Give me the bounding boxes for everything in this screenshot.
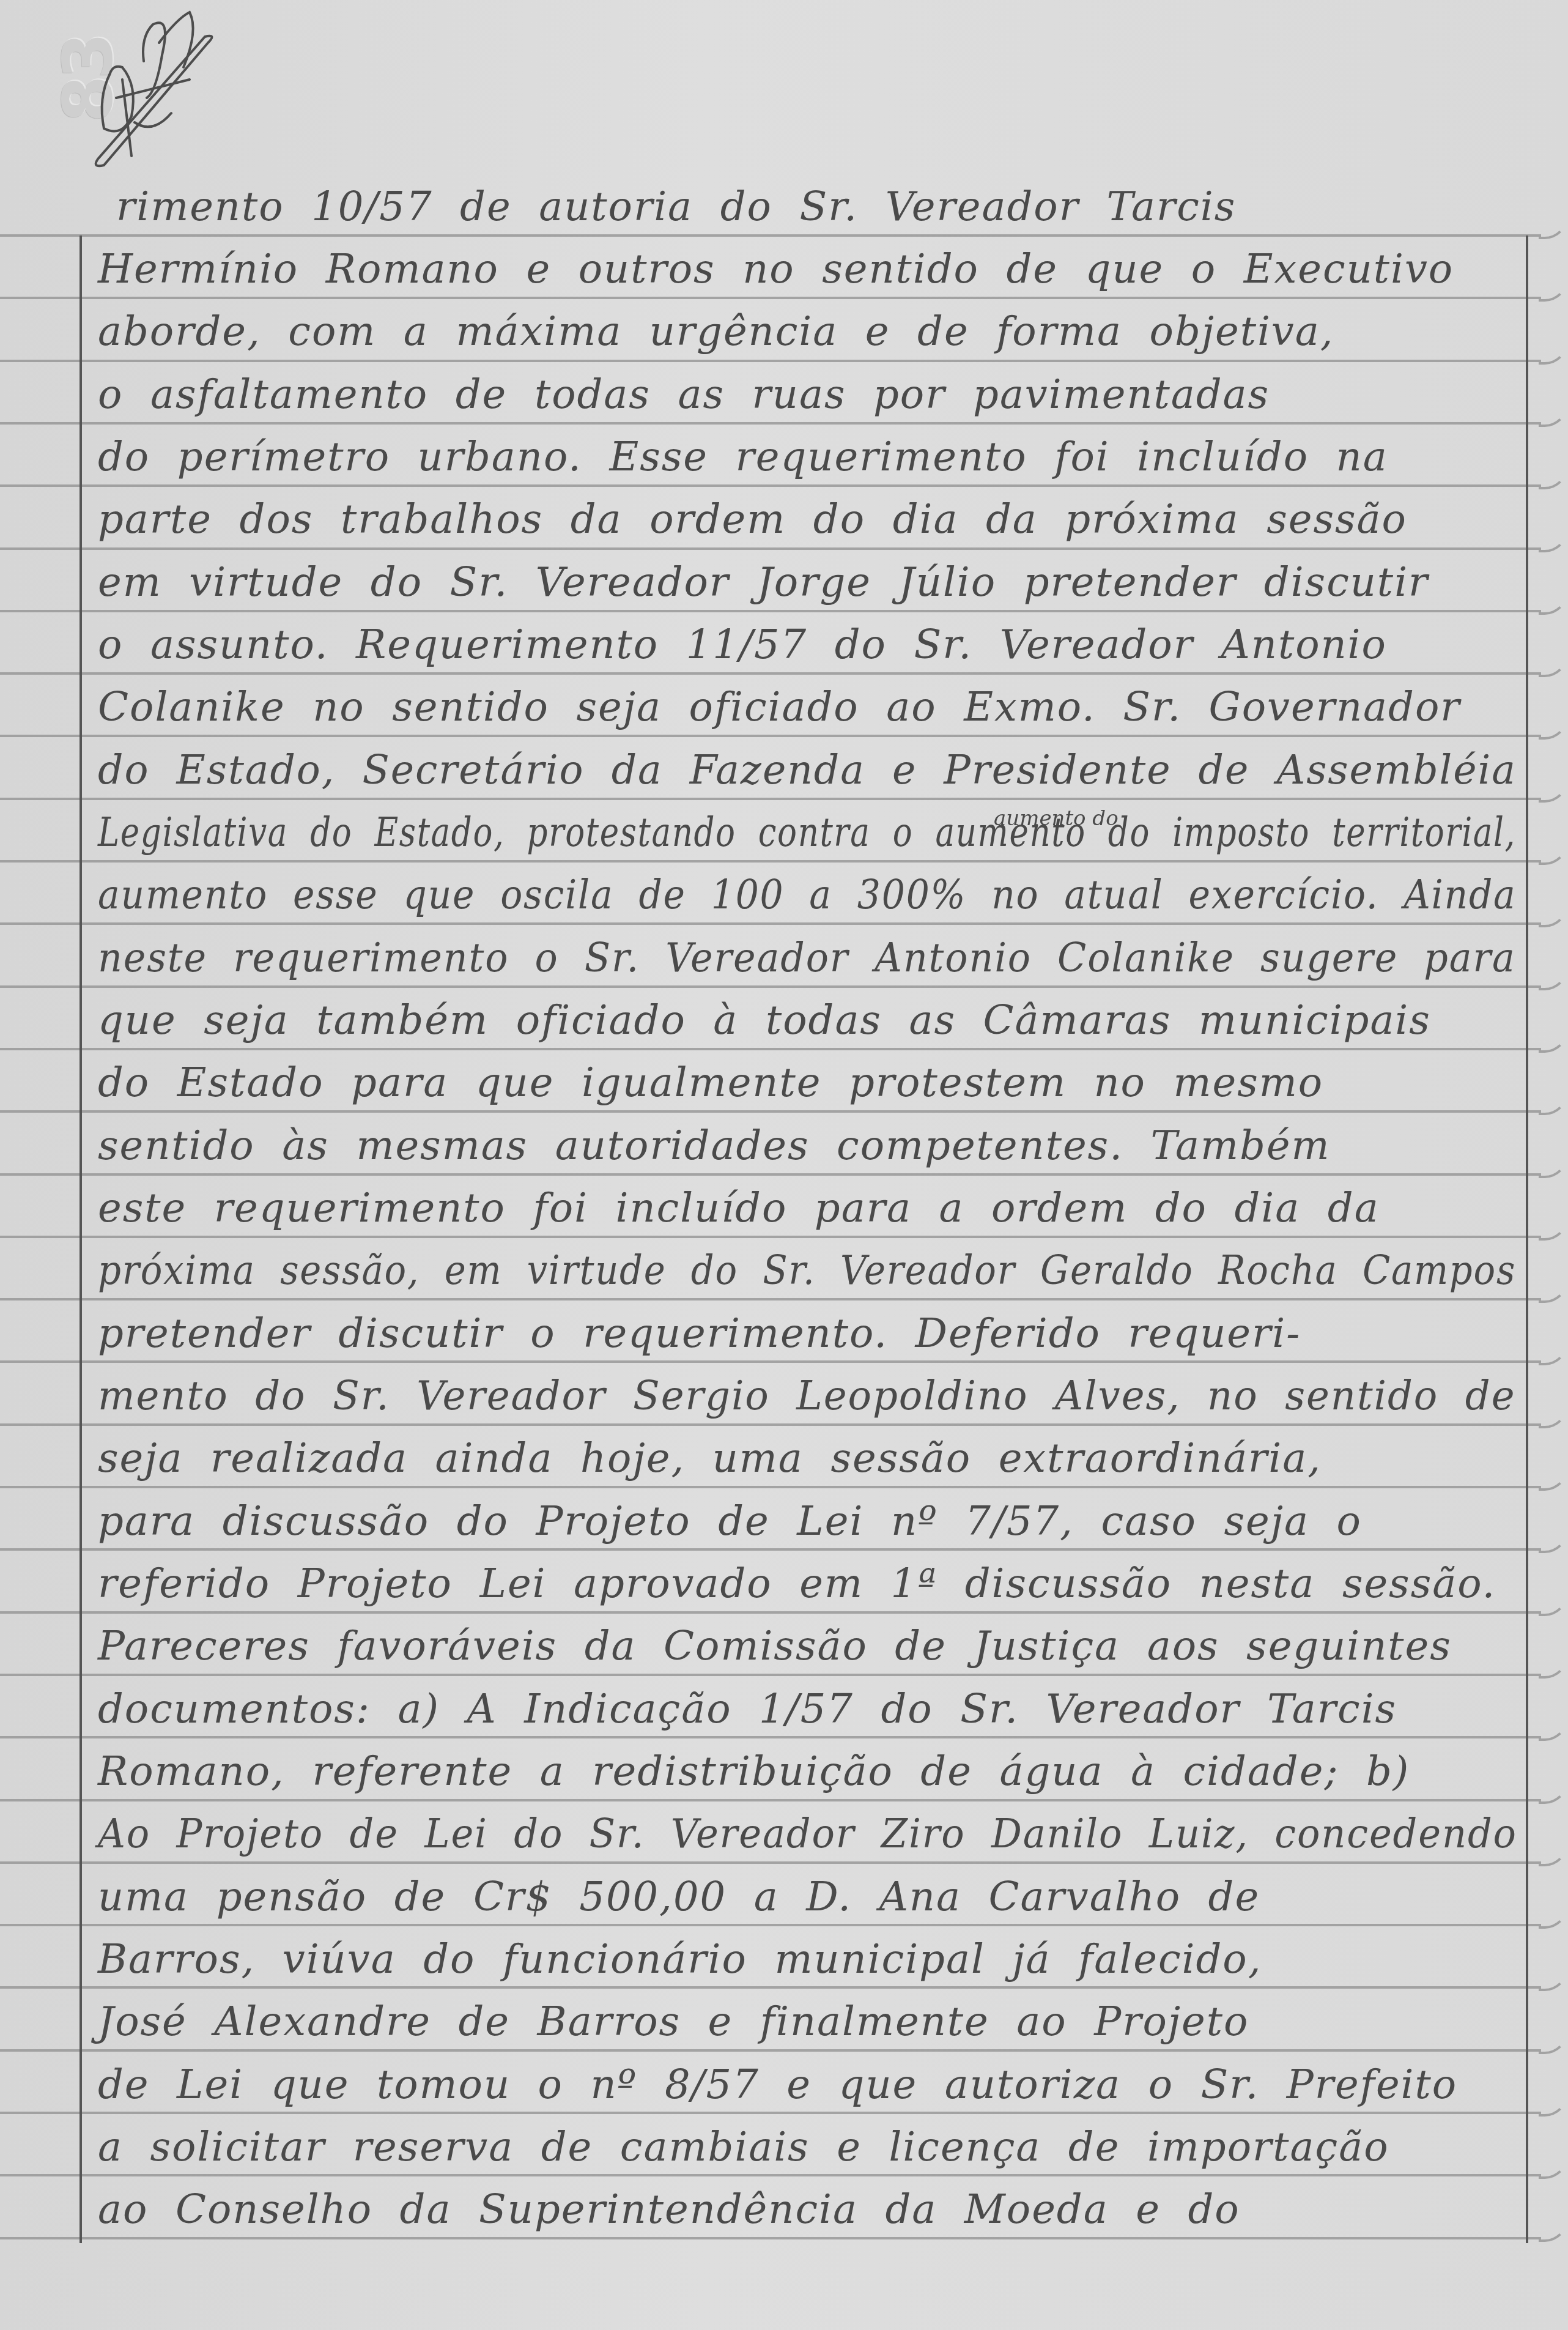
- text-line-1: rimento 10/57 de autoria do Sr. Vereador…: [116, 187, 1534, 227]
- text-line-33: ao Conselho da Superintendência da Moeda…: [98, 2189, 1516, 2230]
- ruled-line: [0, 610, 1541, 612]
- ruled-line: [0, 1110, 1541, 1113]
- text-line-12: aumento esse que oscila de 100 a 300% no…: [98, 875, 1397, 915]
- text-line-14: que seja também oficiado à todas as Câma…: [98, 1000, 1516, 1041]
- ruled-line: [0, 672, 1541, 675]
- text-line-4: o asfaltamento de todas as ruas por pavi…: [98, 374, 1516, 415]
- ruled-line: [0, 985, 1541, 988]
- ruled-line: [0, 1486, 1541, 1488]
- ruled-line: [0, 922, 1541, 925]
- ruled-line: [0, 547, 1541, 550]
- text-line-20: mento do Sr. Vereador Sergio Leopoldino …: [98, 1376, 1484, 1416]
- ruled-line: [0, 422, 1541, 425]
- ruled-line: [0, 1924, 1541, 1926]
- text-line-18: próxima sessão, em virtude do Sr. Veread…: [98, 1250, 1380, 1291]
- ruled-line: [0, 735, 1541, 737]
- ruled-line: [0, 1736, 1541, 1738]
- text-line-19: pretender discutir o requerimento. Defer…: [98, 1313, 1516, 1354]
- ruled-line: [0, 1548, 1541, 1551]
- text-line-21: seja realizada ainda hoje, uma sessão ex…: [98, 1438, 1516, 1479]
- text-line-16: sentido às mesmas autoridades competente…: [98, 1126, 1516, 1166]
- ruled-line: [0, 1674, 1541, 1676]
- ruled-line: [0, 484, 1541, 487]
- text-line-27: Ao Projeto de Lei do Sr. Vereador Ziro D…: [98, 1814, 1446, 1854]
- text-line-28: uma pensão de Cr$ 500,00 a D. Ana Carval…: [98, 1877, 1516, 1917]
- text-line-25: documentos: a) A Indicação 1/57 do Sr. V…: [98, 1689, 1516, 1729]
- text-line-32: a solicitar reserva de cambiais e licenç…: [98, 2127, 1516, 2167]
- text-line-31: de Lei que tomou o nº 8/57 e que autoriz…: [98, 2065, 1516, 2105]
- text-line-17: este requerimento foi incluído para a or…: [98, 1188, 1516, 1228]
- text-line-8: o assunto. Requerimento 11/57 do Sr. Ver…: [98, 625, 1516, 665]
- ruled-line: [0, 1423, 1541, 1426]
- text-line-30: José Alexandre de Barros e finalmente ao…: [98, 2002, 1516, 2042]
- ruled-line: [0, 1048, 1541, 1050]
- ruled-line: [0, 2237, 1541, 2239]
- ruled-line: [0, 1799, 1541, 1801]
- text-line-3: aborde, com a máxima urgência e de forma…: [98, 311, 1516, 352]
- notebook-page: 83 rimento 10/57 de autoria do Sr. Verea…: [0, 0, 1568, 2330]
- text-line-7: em virtude do Sr. Vereador Jorge Júlio p…: [98, 562, 1516, 603]
- ruled-line: [0, 234, 1541, 237]
- inline-insertion-note: aumento do: [994, 806, 1119, 831]
- text-line-24: Pareceres favoráveis da Comissão de Just…: [98, 1626, 1516, 1666]
- ruled-line: [0, 2049, 1541, 2052]
- left-margin-line: [80, 236, 82, 2243]
- signature-icon: [86, 6, 220, 171]
- right-margin-line: [1526, 236, 1528, 2243]
- ruled-line: [0, 297, 1541, 299]
- ruled-line: [0, 2174, 1541, 2176]
- text-line-15: do Estado para que igualmente protestem …: [98, 1063, 1516, 1103]
- text-line-22: para discussão do Projeto de Lei nº 7/57…: [98, 1501, 1516, 1542]
- ruled-line: [0, 1236, 1541, 1238]
- text-line-2: Hermínio Romano e outros no sentido de q…: [98, 249, 1516, 289]
- ruled-line: [0, 2112, 1541, 2114]
- text-line-10: do Estado, Secretário da Fazenda e Presi…: [98, 750, 1502, 790]
- text-line-29: Barros, viúva do funcionário municipal j…: [98, 1939, 1516, 1979]
- text-line-9: Colanike no sentido seja oficiado ao Exm…: [98, 687, 1516, 727]
- text-line-5: do perímetro urbano. Esse requerimento f…: [98, 437, 1516, 477]
- ruled-line: [0, 798, 1541, 800]
- text-line-23: referido Projeto Lei aprovado em 1ª disc…: [98, 1564, 1516, 1604]
- ruled-line: [0, 1611, 1541, 1614]
- ruled-line: [0, 1986, 1541, 1989]
- ruled-line: [0, 1360, 1541, 1363]
- ruled-line: [0, 1173, 1541, 1176]
- ruled-line: [0, 1298, 1541, 1300]
- ruled-line: [0, 860, 1541, 863]
- ruled-line: [0, 1861, 1541, 1864]
- text-line-6: parte dos trabalhos da ordem do dia da p…: [98, 499, 1516, 540]
- text-line-26: Romano, referente a redistribuição de ág…: [98, 1751, 1516, 1792]
- ruled-line: [0, 360, 1541, 362]
- text-line-13: neste requerimento o Sr. Vereador Antoni…: [98, 938, 1439, 978]
